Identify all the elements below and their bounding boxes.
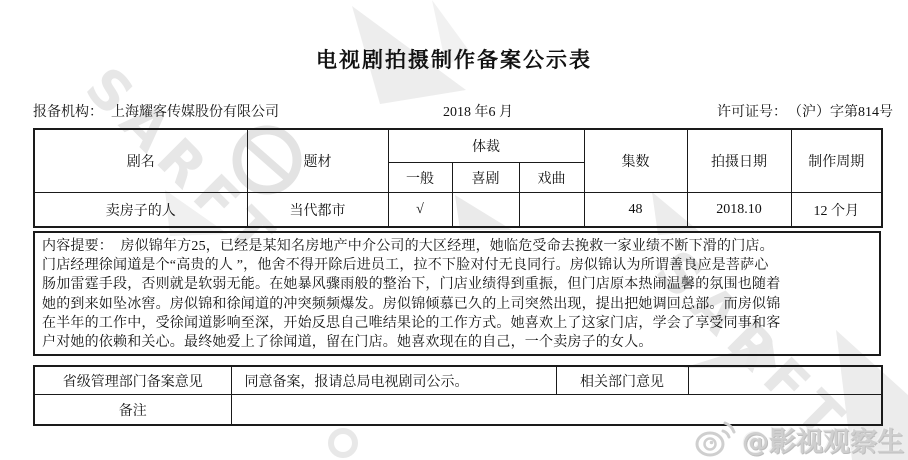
cell-episodes: 48 (584, 193, 687, 228)
license-label: 许可证号： (717, 105, 787, 120)
col-header-form: 体裁 (388, 129, 584, 163)
document-content: 电视剧拍摄制作备案公示表 报备机构：上海耀客传媒股份有限公司 2018 年6 月… (0, 0, 908, 460)
drama-info-table: 剧名 题材 体裁 集数 拍摄日期 制作周期 一般 喜剧 戏曲 卖房子的人 当代都… (33, 128, 883, 228)
license-value: （沪）字第814号 (795, 105, 893, 120)
summary-line: 内容提要： 房似锦年方25，已经是某知名房地产中介公司的大区经理，她临危受命去挽… (42, 237, 872, 256)
report-date: 2018 年6 月 (443, 101, 513, 121)
record-notice-document: SARFT SARFT 电视剧拍摄制作备案公示表 报备机构：上海耀客传媒股份有限… (0, 0, 908, 460)
license-number: 许可证号：（沪）字第814号 (717, 101, 893, 121)
col-header-episodes: 集数 (584, 129, 687, 193)
cell-form-general-check: √ (388, 193, 452, 228)
cell-period: 12 个月 (791, 193, 882, 228)
cell-drama-name: 卖房子的人 (34, 193, 247, 228)
reporting-org-value: 上海耀客传媒股份有限公司 (111, 105, 279, 120)
page-title: 电视剧拍摄制作备案公示表 (0, 44, 908, 74)
meta-line: 报备机构：上海耀客传媒股份有限公司 2018 年6 月 许可证号：（沪）字第81… (33, 101, 893, 121)
cell-form-comedy-check (452, 193, 519, 228)
reporting-org: 报备机构：上海耀客传媒股份有限公司 (33, 101, 279, 121)
cell-form-opera-check (519, 193, 584, 228)
provincial-opinion-label: 省级管理部门备案意见 (34, 366, 231, 395)
col-header-form-general: 一般 (388, 163, 452, 193)
summary-line: 门店经理徐闻道是个“高贵的人 ”，他舍不得开除后进员工，拉不下脸对付无良同行。房… (42, 256, 872, 275)
table-row: 卖房子的人 当代都市 √ 48 2018.10 12 个月 (34, 193, 882, 228)
summary-line: 户对她的依赖和关心。最终她爱上了徐闻道，留在门店。她喜欢现在的自己，一个卖房子的… (42, 333, 872, 352)
col-header-form-opera: 戏曲 (519, 163, 584, 193)
content-summary-box: 内容提要： 房似锦年方25，已经是某知名房地产中介公司的大区经理，她临危受命去挽… (33, 231, 881, 356)
table-row: 省级管理部门备案意见 同意备案，报请总局电视剧司公示。 相关部门意见 (34, 366, 882, 395)
related-dept-label: 相关部门意见 (556, 366, 688, 395)
remark-value (231, 395, 882, 426)
col-header-shoot-date: 拍摄日期 (687, 129, 791, 193)
summary-line: 在半年的工作中，受徐闻道影响至深，开始反思自己唯结果论的工作方式。她喜欢上了这家… (42, 314, 872, 333)
summary-line: 她的到来如坠冰窖。房似锦和徐闻道的冲突频频爆发。房似锦倾慕已久的上司突然出现，提… (42, 295, 872, 314)
remark-label: 备注 (34, 395, 231, 426)
summary-line: 肠加雷霆手段，否则就是软弱无能。在她暴风骤雨般的整治下，门店业绩得到重振，但门店… (42, 275, 872, 294)
provincial-opinion-value: 同意备案，报请总局电视剧司公示。 (231, 366, 556, 395)
opinions-table: 省级管理部门备案意见 同意备案，报请总局电视剧司公示。 相关部门意见 备注 (33, 365, 883, 426)
cell-shoot-date: 2018.10 (687, 193, 791, 228)
reporting-org-label: 报备机构： (33, 105, 103, 120)
table-row: 备注 (34, 395, 882, 426)
col-header-genre: 题材 (247, 129, 388, 193)
related-dept-value (688, 366, 882, 395)
cell-genre: 当代都市 (247, 193, 388, 228)
col-header-drama-name: 剧名 (34, 129, 247, 193)
col-header-form-comedy: 喜剧 (452, 163, 519, 193)
col-header-period: 制作周期 (791, 129, 882, 193)
